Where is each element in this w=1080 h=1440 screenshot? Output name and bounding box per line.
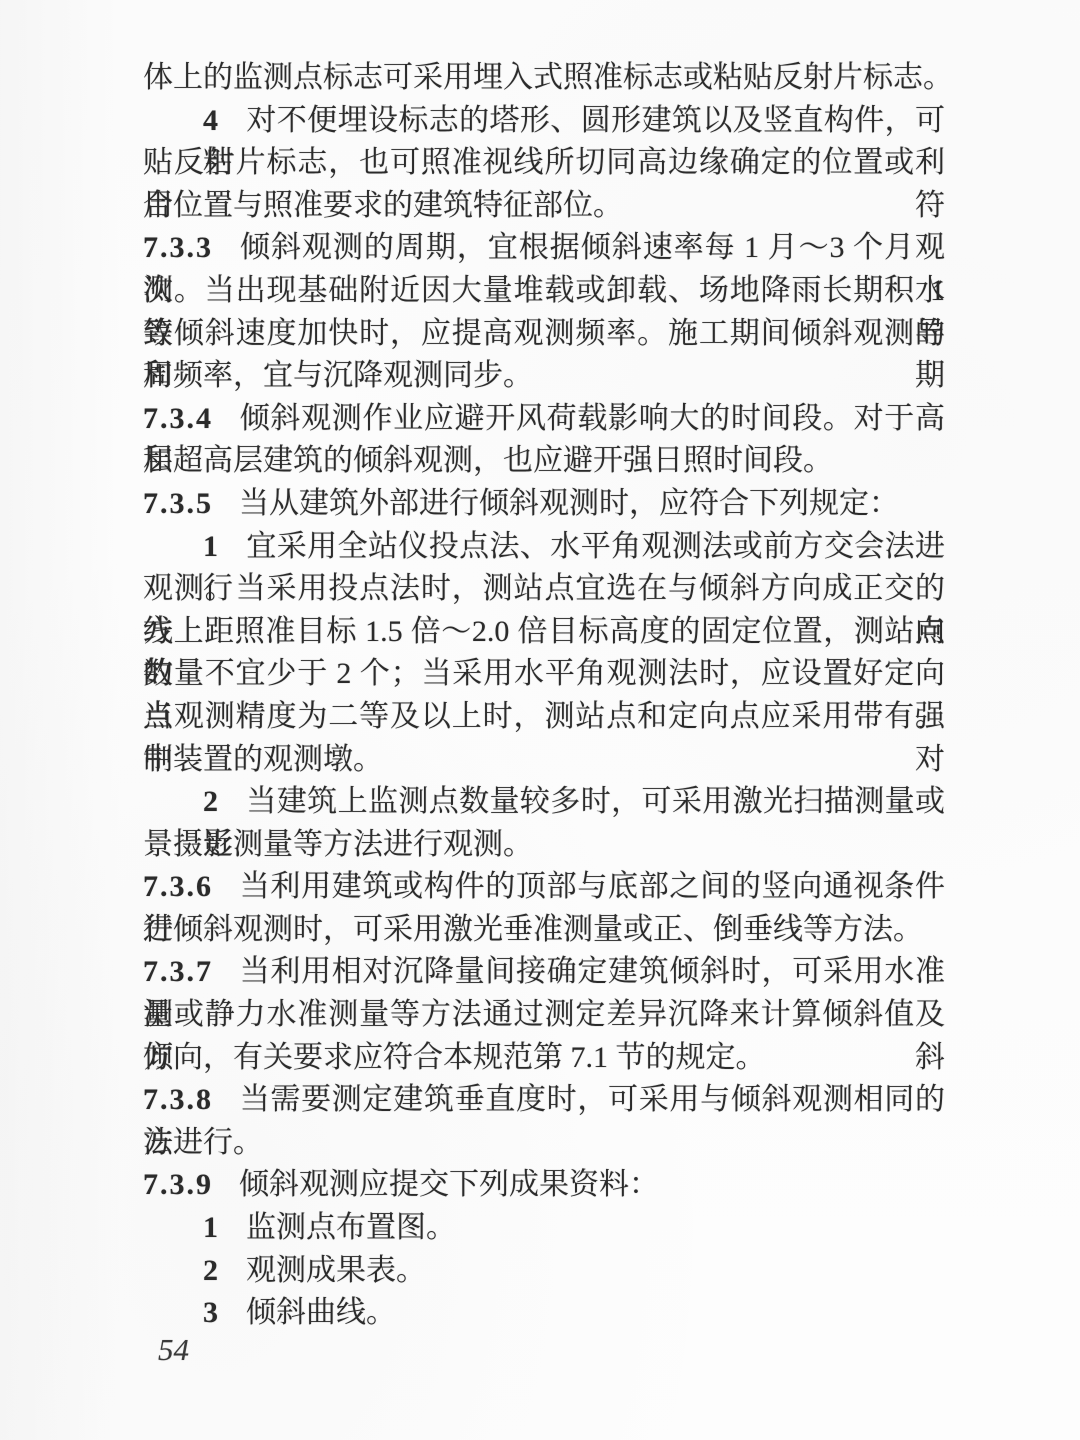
section-number: 7.3.8 — [143, 1083, 213, 1116]
text-line: 行倾斜观测时，可采用激光垂准测量或正、倒垂线等方法。 — [143, 909, 945, 952]
text-line: 3倾斜曲线。 — [143, 1292, 945, 1335]
text-line-content: 法进行。 — [143, 1126, 263, 1159]
text-line: 7.3.3倾斜观测的周期，宜根据倾斜速率每 1 月～3 个月观测 1 — [143, 227, 945, 270]
text-line: 7.3.7当利用相对沉降量间接确定建筑倾斜时，可采用水准测 — [143, 951, 945, 994]
section-number: 7.3.6 — [143, 870, 213, 903]
text-line: 4对不便埋设标志的塔形、圆形建筑以及竖直构件，可粘 — [143, 100, 945, 143]
text-line: 线上距照准目标 1.5 倍～2.0 倍目标高度的固定位置，测站点的 — [143, 611, 945, 654]
text-line-content: 方向，有关要求应符合本规范第 7.1 节的规定。 — [143, 1041, 766, 1074]
text-line: 致倾斜速度加快时，应提高观测频率。施工期间倾斜观测的周期 — [143, 313, 945, 356]
page-number: 54 — [158, 1332, 189, 1368]
text-line-content: 观测成果表。 — [246, 1254, 426, 1287]
text-line-content: 和频率，宜与沉降观测同步。 — [143, 359, 533, 392]
text-line: 当观测精度为二等及以上时，测站点和定向点应采用带有强制对 — [143, 696, 945, 739]
section-number: 7.3.5 — [143, 487, 213, 520]
text-line: 体上的监测点标志可采用埋入式照准标志或粘贴反射片标志。 — [143, 57, 945, 100]
item-number: 1 — [203, 1211, 220, 1244]
text-line-content: 中装置的观测墩。 — [143, 743, 383, 776]
text-line: 7.3.9倾斜观测应提交下列成果资料： — [143, 1164, 945, 1207]
text-line: 量或静力水准测量等方法通过测定差异沉降来计算倾斜值及倾斜 — [143, 994, 945, 1037]
text-line-content: 倾斜曲线。 — [246, 1296, 396, 1329]
text-line: 1监测点布置图。 — [143, 1207, 945, 1250]
text-line: 1宜采用全站仪投点法、水平角观测法或前方交会法进行 — [143, 526, 945, 569]
text-line: 2当建筑上监测点数量较多时，可采用激光扫描测量或近 — [143, 781, 945, 824]
text-line-content: 体上的监测点标志可采用埋入式照准标志或粘贴反射片标志。 — [143, 61, 953, 94]
item-number: 4 — [203, 104, 220, 137]
section-number: 7.3.9 — [143, 1168, 213, 1201]
text-line: 7.3.4倾斜观测作业应避开风荷载影响大的时间段。对于高层 — [143, 398, 945, 441]
text-line: 贴反射片标志，也可照准视线所切同高边缘确定的位置或利用符 — [143, 142, 945, 185]
item-number: 1 — [203, 530, 220, 563]
text-line: 7.3.6当利用建筑或构件的顶部与底部之间的竖向通视条件进 — [143, 866, 945, 909]
text-line: 景摄影测量等方法进行观测。 — [143, 824, 945, 867]
text-line: 观测。当采用投点法时，测站点宜选在与倾斜方向成正交的方向 — [143, 568, 945, 611]
text-line: 次。当出现基础附近因大量堆载或卸载、场地降雨长期积水等导 — [143, 270, 945, 313]
text-line: 数量不宜少于 2 个；当采用水平角观测法时，应设置好定向点。 — [143, 653, 945, 696]
item-number: 2 — [203, 785, 220, 818]
section-number: 7.3.4 — [143, 402, 213, 435]
text-line: 2观测成果表。 — [143, 1250, 945, 1293]
text-line: 和超高层建筑的倾斜观测，也应避开强日照时间段。 — [143, 440, 945, 483]
item-number: 2 — [203, 1254, 220, 1287]
text-line: 7.3.8当需要测定建筑垂直度时，可采用与倾斜观测相同的方 — [143, 1079, 945, 1122]
section-number: 7.3.7 — [143, 955, 213, 988]
item-number: 3 — [203, 1296, 220, 1329]
text-line: 7.3.5当从建筑外部进行倾斜观测时，应符合下列规定： — [143, 483, 945, 526]
text-line-content: 行倾斜观测时，可采用激光垂准测量或正、倒垂线等方法。 — [143, 913, 923, 946]
text-line-content: 当从建筑外部进行倾斜观测时，应符合下列规定： — [239, 487, 899, 520]
document-body: 体上的监测点标志可采用埋入式照准标志或粘贴反射片标志。4对不便埋设标志的塔形、圆… — [143, 57, 945, 1335]
text-line-content: 和超高层建筑的倾斜观测，也应避开强日照时间段。 — [143, 444, 833, 477]
text-line: 法进行。 — [143, 1122, 945, 1165]
text-line-content: 倾斜观测应提交下列成果资料： — [239, 1168, 659, 1201]
text-line-content: 合位置与照准要求的建筑特征部位。 — [143, 189, 623, 222]
text-line-content: 监测点布置图。 — [246, 1211, 456, 1244]
section-number: 7.3.3 — [143, 231, 213, 264]
text-line-content: 景摄影测量等方法进行观测。 — [143, 828, 533, 861]
